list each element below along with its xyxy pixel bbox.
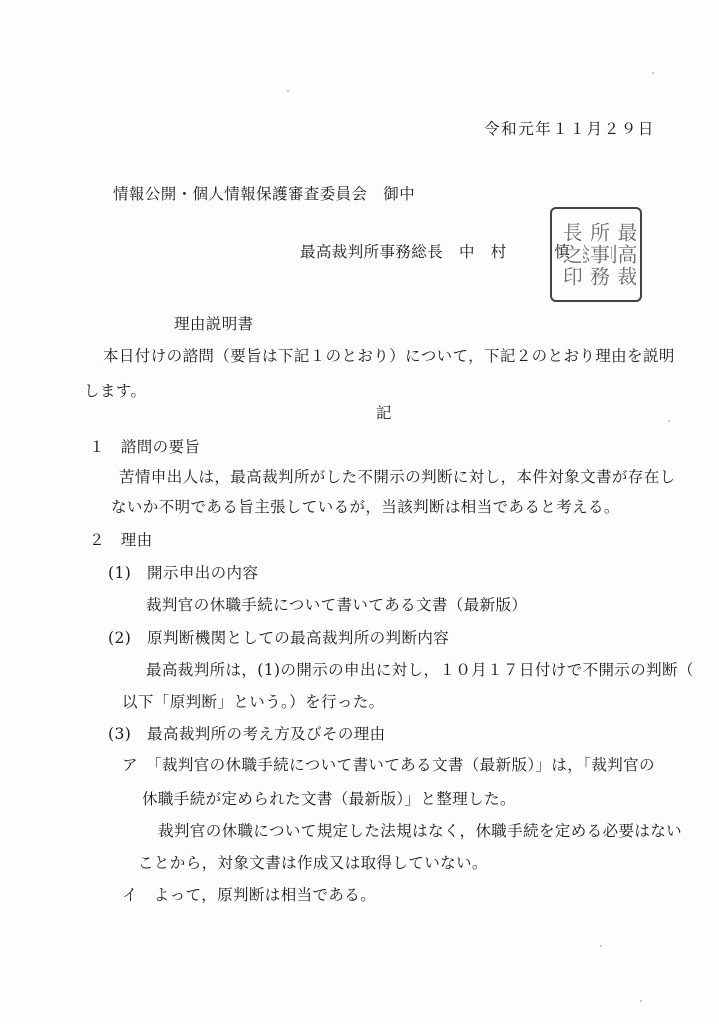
- scan-speck: [287, 90, 289, 92]
- paragraph-line: 苦情申出人は，最高裁判所がした不開示の判断に対し，本件対象文書が存在し: [119, 470, 676, 486]
- paragraph-line: イ よって，原判断は相当である。: [122, 888, 376, 904]
- paragraph-line: ないか不明である旨主張しているが，当該判断は相当であると考える。: [111, 500, 620, 516]
- seal-column: 長之印: [556, 213, 581, 296]
- section-heading: １ 諮問の要旨: [89, 440, 200, 456]
- document-page: 令和元年１１月２９日 情報公開・個人情報保護審査委員会 御中 最高裁判所事務総長…: [0, 0, 719, 1024]
- subsection-heading: (3) 最高裁判所の考え方及びその理由: [108, 727, 386, 743]
- scan-speck: [668, 420, 670, 422]
- paragraph-line: ア 「裁判官の休職手続について書いてある文書（最新版）」は，「裁判官の: [122, 758, 655, 774]
- paragraph-line: 以下「原判断」という。）を行った。: [122, 695, 385, 711]
- section-heading: ２ 理由: [89, 533, 153, 549]
- intro-line: 本日付けの諮問（要旨は下記１のとおり）について，下記２のとおり理由を説明: [103, 349, 675, 365]
- intro-line: します。: [84, 384, 146, 400]
- paragraph-line: 裁判官の休職手続について書いてある文書（最新版）: [146, 598, 527, 614]
- document-date: 令和元年１１月２９日: [484, 122, 655, 138]
- scan-speck: [600, 945, 602, 947]
- scan-speck: [652, 72, 654, 74]
- subsection-heading: (1) 開示申出の内容: [108, 566, 258, 582]
- document-title: 理由説明書: [174, 317, 254, 333]
- official-seal-icon: 長之印 所事務総 最高裁判: [550, 207, 642, 302]
- seal-column: 所事務総: [583, 213, 608, 296]
- addressee: 情報公開・個人情報保護審査委員会 御中: [113, 187, 415, 203]
- sender: 最高裁判所事務総長 中 村 慎: [300, 245, 570, 261]
- ki-heading: 記: [376, 406, 392, 422]
- paragraph-line: 裁判官の休職について規定した法規はなく，休職手続を定める必要はない: [158, 824, 682, 840]
- paragraph-line: 最高裁判所は，(1)の開示の申出に対し，１０月１７日付けで不開示の判断（: [146, 663, 694, 679]
- seal-column: 最高裁判: [611, 213, 636, 296]
- paragraph-line: 休職手続が定められた文書（最新版）」と整理した。: [142, 792, 516, 808]
- paragraph-line: ことから，対象文書は作成又は取得していない。: [138, 856, 488, 872]
- scan-speck: [640, 1000, 642, 1002]
- subsection-heading: (2) 原判断機関としての最高裁判所の判断内容: [108, 631, 449, 647]
